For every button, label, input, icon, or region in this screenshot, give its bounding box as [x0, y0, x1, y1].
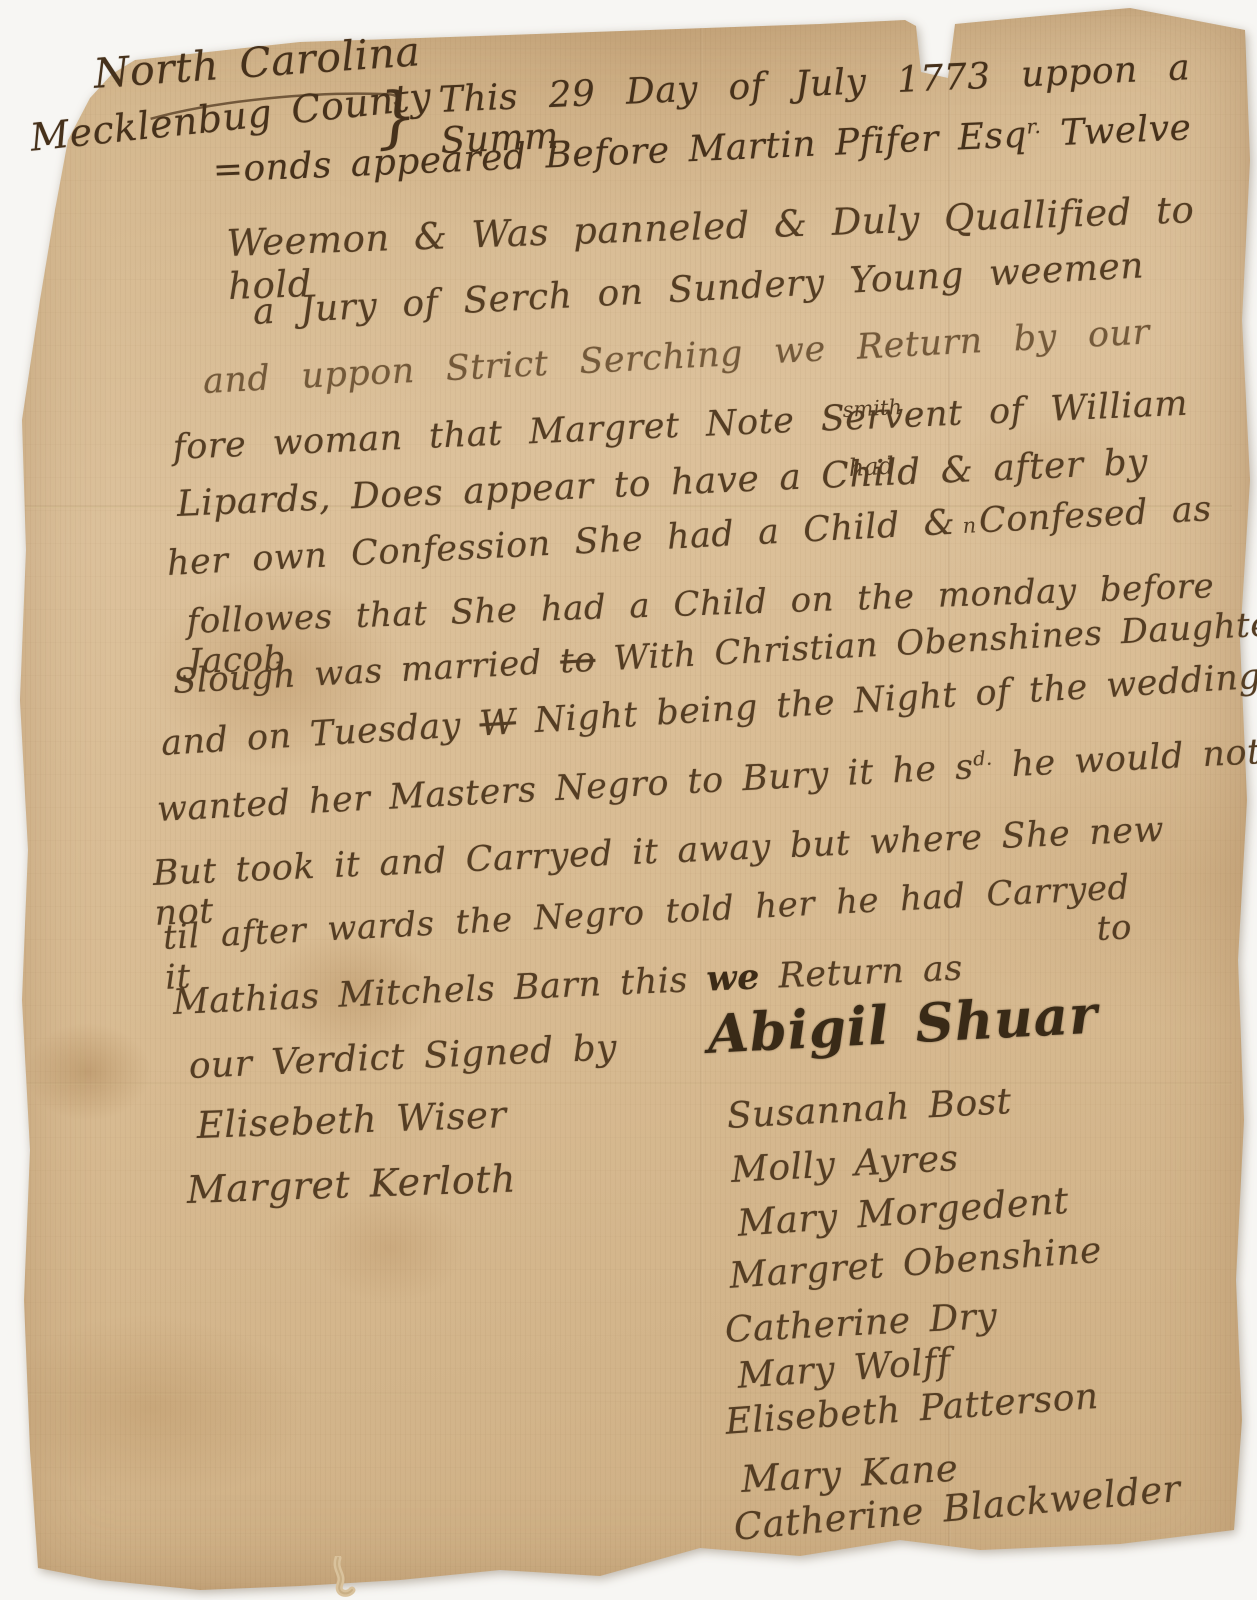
- interline-insertion-n: n: [962, 513, 977, 538]
- paper-fiber: [318, 1556, 364, 1600]
- scanned-document: North Carolina Mecklenbug County } This …: [0, 0, 1257, 1600]
- superscript: r.: [1026, 115, 1042, 139]
- overwritten-word: we: [706, 956, 761, 999]
- interline-insertion-had: had: [848, 452, 895, 482]
- struck-word: to: [559, 640, 596, 682]
- interline-insertion-smith: smith: [842, 395, 903, 422]
- line-text: Twelve: [1041, 107, 1193, 155]
- superscript: d.: [973, 747, 994, 771]
- struck-word: W: [478, 702, 517, 744]
